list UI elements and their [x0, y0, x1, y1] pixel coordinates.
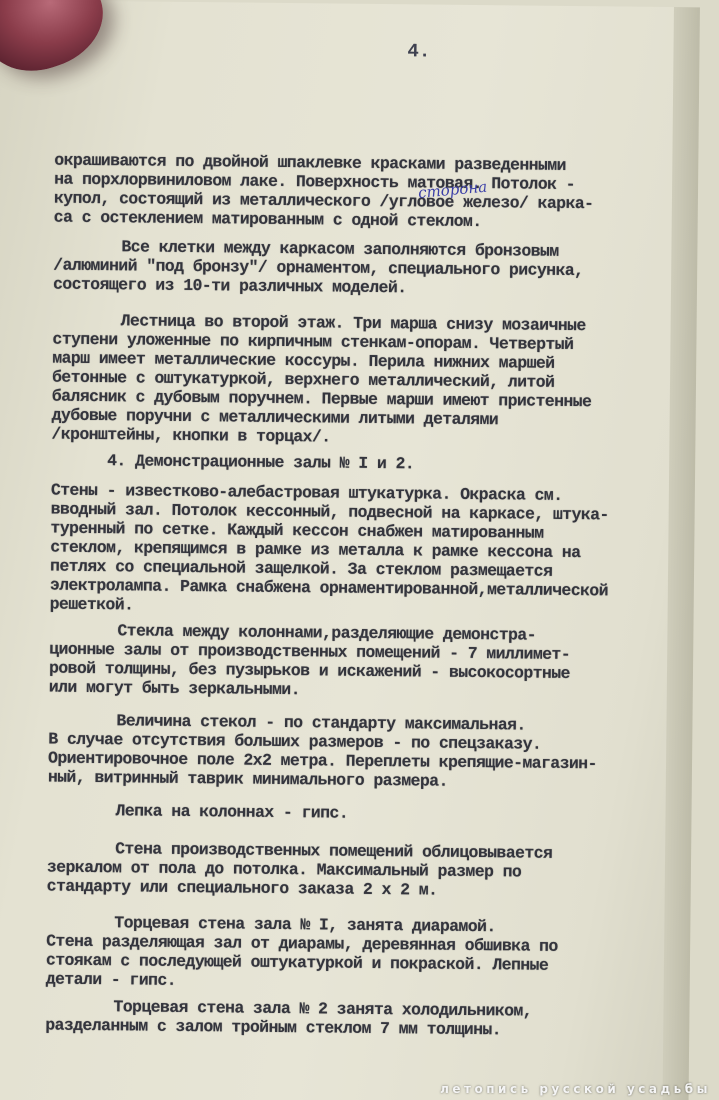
paragraph-hall2-end-wall: Торцевая стена зала № 2 занята холодильн… [45, 959, 686, 1080]
watermark: летопись русской усадьбы [440, 1082, 711, 1096]
page-number: 4. [407, 40, 430, 62]
typewritten-page: 4. окрашиваются по двойной шпаклевке кра… [0, 0, 700, 1100]
